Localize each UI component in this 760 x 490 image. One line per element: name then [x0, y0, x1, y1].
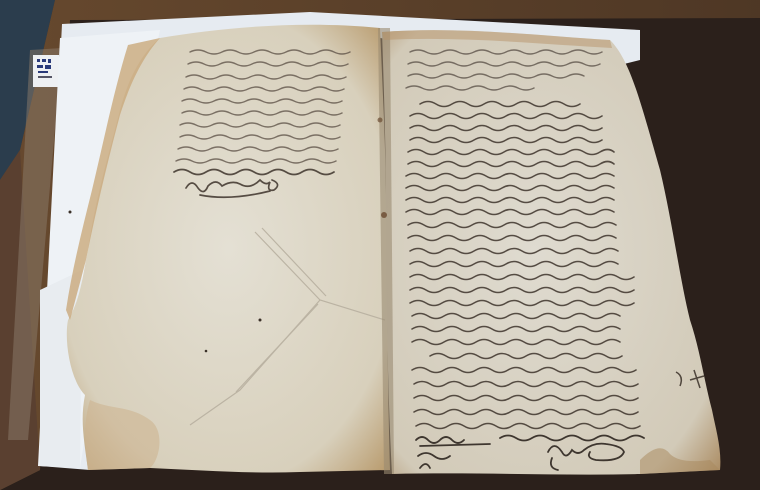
manuscript-photo: Aged handwritten document with cursive i…	[0, 0, 760, 490]
photo-canvas	[0, 0, 760, 490]
label-sticker	[33, 55, 59, 87]
